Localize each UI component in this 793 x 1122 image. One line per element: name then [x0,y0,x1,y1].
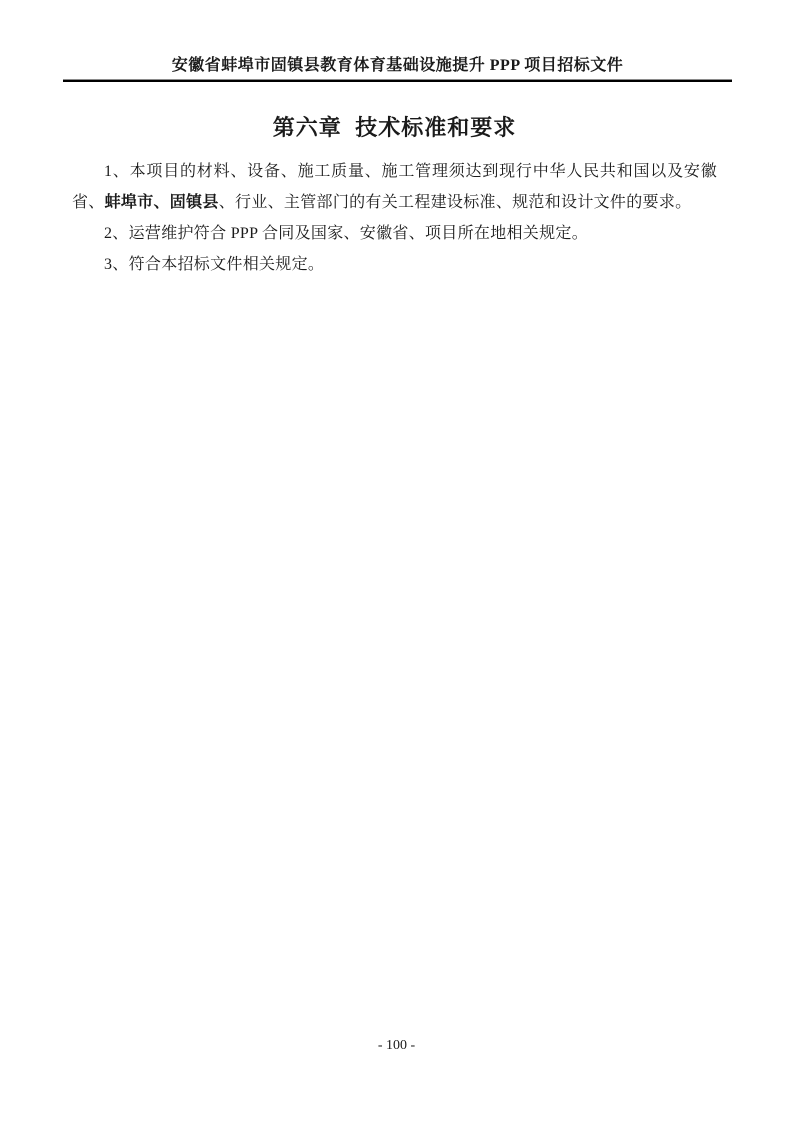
header-rule [63,79,732,82]
paragraph-1-bold-segment: 蚌埠市、固镇县 [105,194,219,211]
footer-page-number: - 100 - [378,1038,415,1053]
paragraph-1: 1、本项目的材料、设备、施工质量、施工管理须达到现行中华人民共和国以及安徽省、蚌… [72,156,717,218]
page-footer: - 100 - [0,1038,793,1054]
paragraph-3: 3、符合本招标文件相关规定。 [72,249,717,280]
page-header: 安徽省蚌埠市固镇县教育体育基础设施提升 PPP 项目招标文件 [63,0,732,82]
page-content: 第六章 技术标准和要求 1、本项目的材料、设备、施工质量、施工管理须达到现行中华… [72,108,717,280]
paragraph-1-segment-3: 、行业、主管部门的有关工程建设标准、规范和设计文件的要求。 [219,194,692,211]
paragraph-2: 2、运营维护符合 PPP 合同及国家、安徽省、项目所在地相关规定。 [72,218,717,249]
document-page: 安徽省蚌埠市固镇县教育体育基础设施提升 PPP 项目招标文件 第六章 技术标准和… [0,0,793,1122]
chapter-title: 第六章 技术标准和要求 [72,110,717,146]
header-title: 安徽省蚌埠市固镇县教育体育基础设施提升 PPP 项目招标文件 [63,0,732,76]
